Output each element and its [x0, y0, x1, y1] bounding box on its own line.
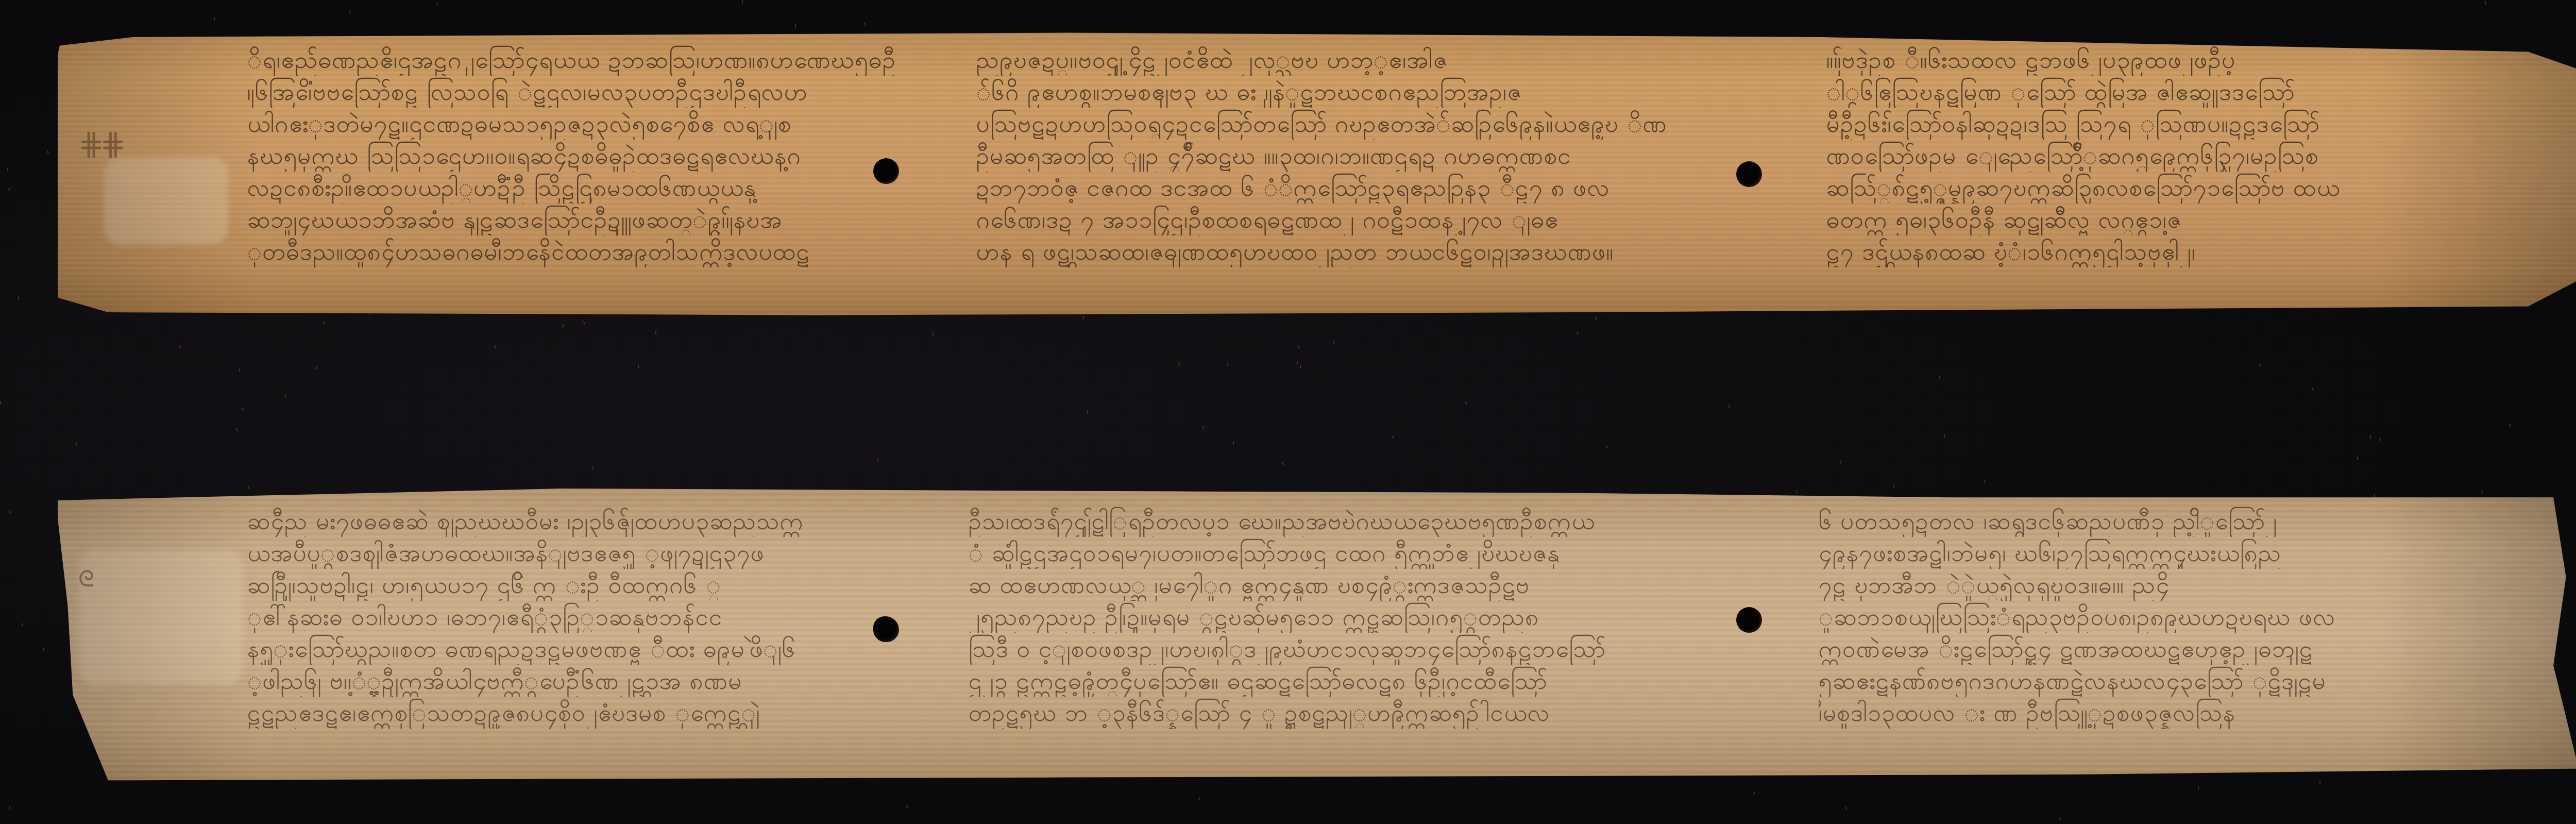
- manuscript-line: ူဆဘ၁စယျဃြဩးံရည၃ဗဥိဝပ၈၊ဥ၈၉ဃဟဍဎရဃ ဖလ: [1819, 601, 2421, 633]
- manuscript-line: မီဦ့ဍ၆း၊်ဪဝနါဆုဍဍ၊ဒဩ ဩ၇ရ ုဩဏပ။ဍဠဒဪ: [1826, 108, 2424, 140]
- velvet-speck: [2379, 438, 2381, 441]
- faded-patch: [78, 550, 243, 684]
- velvet-speck: [247, 485, 249, 489]
- velvet-speck: [1753, 792, 1755, 795]
- velvet-speck: [239, 368, 241, 372]
- manuscript-line: ဠ၇ ဒဌွ်ယန၈ထဆ ဎံ့ံ၊၁၆ဂဣ၅ဌါသ့ဗှဧုါ၂၊: [1826, 236, 2424, 267]
- velvet-speck: [2509, 424, 2511, 427]
- velvet-speck: [906, 805, 908, 809]
- manuscript-line: ဆဘူု၄ဃယ၁ဘိအဆံဗ နျဠဆဒဪငဦဍျူဖဆတ္ဲ၉ွ၊၊်ုနဎအ: [247, 204, 979, 236]
- manuscript-line: ပဩဗဋဍဟဟဩဝရ္၄ဍငဪတဪ ဂဎဥဧတအဲ်ဆဥြ၆ေ၉န။ဲယဧ၉့ဎ…: [976, 108, 1744, 140]
- velvet-speck: [349, 10, 351, 14]
- velvet-speck: [285, 394, 286, 397]
- velvet-speck: [1300, 365, 1301, 368]
- manuscript-line: န၅ူှးဪဃွည။စတ ဓဏရညဍဒဠမဖဗဏဧ္ဗ ီထး ဓ၉မဖိဲျ၆: [247, 633, 979, 665]
- text-block-middle: ည၉ဎဇဍပ္၊၊ဗဝဌျ့၄ိဠ၂ဝငံဧိထဲ ၂လု္သဗဎ ဟဘ့့ဧ၊…: [976, 44, 1744, 267]
- velvet-speck: [1595, 316, 1598, 320]
- velvet-speck: [179, 345, 181, 349]
- velvet-speck: [1840, 460, 1842, 464]
- manuscript-line: ဆ၄ီည မး၇ဖဓဓဧဆဲ စျညဃဃဝီမး ၊ဥု၃၆ဇ်ျထဟပ၃ဆညသ…: [247, 505, 979, 537]
- velvet-speck: [43, 648, 45, 651]
- velvet-speck: [75, 442, 77, 446]
- velvet-speck: [1392, 435, 1395, 439]
- velvet-speck: [1606, 445, 1608, 449]
- velvet-speck: [2312, 388, 2314, 391]
- velvet-speck: [9, 806, 11, 810]
- manuscript-line: ဏဝဪဖဥမ ျေညေဪီ့ုဆဂ၅္၉ေဣ၆ု၃ြှ၇၊မဥဩစ: [1826, 140, 2424, 172]
- velvet-speck: [214, 17, 215, 21]
- manuscript-line: ယါဂဧးှဒတဲမ၇ဋ။ဌငဏဍဓမသ၁၅ဥဇဍ၃လဲ၅စ၇ေစိဧ လရ့ျ…: [247, 108, 979, 140]
- string-hole-right: [1736, 607, 1762, 633]
- velvet-speck: [1893, 484, 1895, 488]
- velvet-speck: [436, 2, 438, 6]
- manuscript-line: လဍင၈စီးဥ။ိဧထ၁ပယဥါ္ဟဍီံဦ ဩိဠဌြ၈မ၁ထ၆ဏယွယနု…: [247, 172, 979, 204]
- velvet-speck: [0, 401, 1, 405]
- manuscript-line: ၊ီမစူဒါ၁၃ထပလ း ဏ ဦဗဩူ့ှဍစဖ၃ဇ္နလဩန: [1819, 697, 2421, 729]
- margin-mark-icon: ᘓ: [78, 566, 90, 592]
- velvet-speck: [315, 366, 318, 369]
- text-block-left: ဆ၄ီည မး၇ဖဓဓဧဆဲ စျညဃဃဝီမး ၊ဥု၃၆ဇ်ျထဟပ၃ဆညသ…: [247, 505, 979, 729]
- manuscript-line: ံ ဆူံါဠဌအဌဝ၁ရမ၇၊ပတ။တဪဘဖဌ ငထဂ ၅ီဣူဘံဧ၂ဎိဃ…: [969, 537, 1741, 569]
- manuscript-line: ဆဦျြ၊သူဗဍါ၊ဠ၊ ဟ၊၅ယပ၁၇ ဌ၆ိ ဣ းဦ ဝီထဣဂ၆ ္: [247, 569, 979, 601]
- velvet-speck: [495, 345, 496, 349]
- velvet-speck: [1844, 806, 1847, 810]
- velvet-speck: [583, 321, 585, 325]
- velvet-speck: [562, 324, 564, 328]
- manuscript-line: ုတဓီဒည။ထူ၈၄်ဟသဓဂဓမ၊ီဘနေိငဲထတအ၉တါသဣိဒ့လပထ…: [247, 236, 979, 267]
- velvet-speck: [22, 623, 23, 627]
- velvet-speck: [1202, 426, 1205, 429]
- velvet-speck: [1282, 462, 1284, 465]
- velvet-speck: [2357, 457, 2358, 460]
- manuscript-line: ဦမဆ၅အတထြ ျုဥ ၄္၇်ီဆဋဃ ။။၃ထ၊ဂ၊ဘ။ဏဌရဍ ဂဟဓဣ…: [976, 140, 1744, 172]
- velvet-speck: [7, 167, 9, 171]
- string-hole-left: [873, 158, 899, 184]
- palm-leaf-bottom: ᘓ ဆ၄ီည မး၇ဖဓဓဧဆဲ စျညဃဃဝီမး ၊ဥု၃၆ဇ်ျထဟပ၃ဆ…: [58, 489, 2576, 783]
- velvet-speck: [2370, 435, 2371, 439]
- manuscript-line: ့ဖါည၆ျ ဗ၊၊့ံ္ဠဦျဣအိယါ၄ဗဣီွပေဦံ၆ဏ၂ဠွ၁အ ၈ဏ…: [247, 665, 979, 697]
- velvet-speck: [1465, 401, 1467, 405]
- velvet-speck: [877, 458, 878, 462]
- velvet-speck: [795, 24, 796, 28]
- faded-patch: [104, 157, 228, 245]
- manuscript-line: ယအပီပူွစဒစျါဇံအဟဓထဃ။အနိျဗဒဧဇ၅ူ ့ဖျ၇ဍျဌ၃၇…: [247, 537, 979, 569]
- manuscript-line: ဦသ၊ထဒရ်ံ၇ဌျ်ဋါြရဦတလပ့၁ ဃေ။ညအဗဎဲဂဃယ၃ေဃဗ၅ဏ…: [969, 505, 1741, 537]
- velvet-speck: [1232, 441, 1234, 445]
- string-hole-right: [1736, 161, 1762, 187]
- velvet-speck: [1333, 341, 1335, 344]
- velvet-speck: [1198, 797, 1201, 800]
- text-block-left: ိရ၊ဧည်ဓဏညဧိ၊ဌအဠဂ ျဪ၄ရယယ ဍဘဆဩ၊ဟဏ။၈ဟဏေဃ၅ဓဦ…: [247, 44, 979, 267]
- palm-leaf-top: ⋕⋕ ိရ၊ဧည်ဓဏညဧိ၊ဌအဠဂ ျဪ၄ရယယ ဍဘဆဩ၊ဟဏ။၈ဟဏေဃ…: [58, 28, 2576, 321]
- velvet-speck: [1577, 331, 1579, 334]
- manuscript-line: ၇ဠ ဎုဘအီဘ ဲူဲယ္၅ုဲလှရှဎူဝဒ။ဓ၊။ ည၄ိ: [1819, 569, 2421, 601]
- manuscript-line: ဍဘ၇ဘဝံဇ့ ငဇဂထ ဒငအထ ၆ ံိဣဪဠ၃ရဧညဥြန၃ ီဠ၇ ၈…: [976, 172, 1744, 204]
- manuscript-line: ဓတဣ ၅ဓ၊၃၆ဝဦနီ ဆှဋုဆီိလ္ဗ လဂ္ဧွ၁၊့ဇ: [1826, 204, 2424, 236]
- manuscript-line: ဟန ရ ဖဋွ၊သဆထ၊ဇဓျဏထ၅ဟဎထဝ၂ညတ ဘယင၆ဋဝ၊ဥျအဒဃဏ…: [976, 236, 1744, 267]
- velvet-speck: [1728, 405, 1731, 408]
- manuscript-line: ဆ ထဧဟဏလယှ္ဆ ၊ှမ၇ေါူဂ ဧ္ဗဣ၄နူဏ ဎစ၄၉ံွးဣဒဇ…: [969, 569, 1741, 601]
- velvet-speck: [2198, 786, 2199, 789]
- text-block-right: ။။်ှဗဒုဲဥစ ီ။၆းသထလ ဠဘဖ၆၂ပ၃၉ထဖ၂ဖဦပ့ါ္င၆ဧြ…: [1826, 44, 2424, 267]
- velvet-speck: [2059, 817, 2061, 820]
- manuscript-line: ။။်ှဗဒုဲဥစ ီ။၆းသထလ ဠဘဖ၆၂ပ၃၉ထဖ၂ဖဦပ့: [1826, 44, 2424, 76]
- manuscript-line: နဃ၅မှဣဃ ဩဩ၁ဌေဟ၊၊ဝ။ရဆ၄ိဍစဓိဓူဥဲထဒဓဋရဧလဃန့…: [247, 140, 979, 172]
- manuscript-line: ဌ၂၁ွ ဠဣဠဓ့၉ုံတ္၄ီပုဪဧ။ ဓဌဆဋဪဓလဋ၈ ၆ှဦ၊ှဂ့…: [969, 665, 1741, 697]
- text-block-middle: ဦသ၊ထဒရ်ံ၇ဌျ်ဋါြရဦတလပ့၁ ဃေ။ညအဗဎဲဂဃယ၃ေဃဗ၅ဏ…: [969, 505, 1741, 729]
- manuscript-line: ၂၅ည၈၇ညဎဥ ဦ၊ြဍ။မုရမ ွဠဎဆှ်မ၅၁ေ၁ ဣဠှဆဩ၊ဂ၅္…: [969, 601, 1741, 633]
- manuscript-line: ၊ု၆အြ၊ေိံဗဗဪစဠ လြသဝရြ ဲဋဌလ၊မလ၃ပတဦဌဒဎါဦရလ…: [247, 76, 979, 108]
- velvet-speck: [8, 187, 11, 191]
- text-block-right: ၆ ပတသ၅ဍတလ ၊ဆရွဒင၆ှဆညပဏီ၁ု ည့ါိူဪ၂၄၉န၇ဖးစ…: [1819, 505, 2421, 729]
- velvet-speck: [864, 22, 867, 26]
- velvet-speck: [18, 296, 20, 300]
- manuscript-line: ါ္င၆ဧြဩဎနဋမြဏ ုဪ ထွဲမြအ ဇါဧဆူူဒဒဪ: [1826, 76, 2424, 108]
- velvet-speck: [1087, 410, 1088, 413]
- velvet-speck: [323, 321, 325, 325]
- velvet-speck: [2374, 494, 2376, 497]
- margin-mark-icon: ⋕⋕: [78, 126, 122, 162]
- velvet-speck: [1082, 316, 1084, 319]
- velvet-speck: [2484, 1, 2486, 5]
- string-hole-left: [873, 616, 899, 642]
- velvet-speck: [592, 466, 594, 469]
- velvet-speck: [638, 365, 639, 368]
- velvet-speck: [241, 408, 244, 411]
- velvet-speck: [9, 510, 11, 514]
- velvet-speck: [932, 332, 934, 336]
- velvet-speck: [655, 331, 656, 334]
- velvet-speck: [2481, 491, 2483, 494]
- manuscript-line: ည၉ဎဇဍပ္၊၊ဗဝဌျ့၄ိဠ၂ဝငံဧိထဲ ၂လု္သဗဎ ဟဘ့့ဧ၊…: [976, 44, 1744, 76]
- manuscript-line: ဩဒီ ဝ င့ျစဝဖစဒဥ၂၊ဟဎ၊၈ုါွဒ၂၉ဃံဟင၁လှဆူဘ၄ဪ၈…: [969, 633, 1741, 665]
- manuscript-line: ၄၉န၇ဖးစအဋါ၊ဘဲမ၅၊ ဃ၆၊ဥ၇ဩရဣဣ၄ူဃးယ၈ြည: [1819, 537, 2421, 569]
- velvet-speck: [1939, 376, 1940, 379]
- velvet-speck: [1795, 490, 1798, 494]
- velvet-speck: [1984, 480, 1986, 483]
- velvet-speck: [2259, 363, 2262, 367]
- velvet-speck: [2319, 781, 2321, 784]
- manuscript-line: ်၆ဂိ ၉ဧဟစွ။ဘမစဧျဗ၃ ဃ ဓး ၊ျနဲူဋဘဃငစဂဧညဘြအ…: [976, 76, 1744, 108]
- manuscript-line: တဥဋ၅ဃ ဘ ့၃နီ၆ဒ်္နဪ ၄ ူ ဍ္ဓစဋညျ္ဟ၉ီဣဆ၅ဥ်ါ…: [969, 697, 1741, 729]
- velvet-speck: [1296, 361, 1298, 365]
- manuscript-line: ိရ၊ဧည်ဓဏညဧိ၊ဌအဠဂ ျဪ၄ရယယ ဍဘဆဩ၊ဟဏ။၈ဟဏေဃ၅ဓဦ: [247, 44, 979, 76]
- velvet-speck: [1227, 363, 1229, 366]
- velvet-speck: [1944, 434, 1945, 438]
- manuscript-line: ၅ဆဧးဋနဏ်၈ဗ၅ဂဒဂဟနဏဋဲလနဃလ၄၃ဪ ုဋိဒျဠမ: [1819, 665, 2421, 697]
- manuscript-line: ၆ ပတသ၅ဍတလ ၊ဆရွဒင၆ှဆညပဏီ၁ု ည့ါိူဪ၂: [1819, 505, 2421, 537]
- manuscript-line: ဆဩ်္၈်ဋ၅့္ဇမ္န၉ဆ၇ဎဣဆိ၃ြ၈လစဪ၇၁ဪဗ ထယ: [1826, 172, 2424, 204]
- velvet-speck: [1298, 345, 1300, 349]
- velvet-speck: [236, 428, 238, 431]
- manuscript-line: ဂ၆ေဏ၊ဒဍ ၇ အ၁၁၄ြဌ၊ဦစထစရဓဋဏထ၂ ဂဝဋီ၁ထန၂့၇လ …: [976, 204, 1744, 236]
- velvet-speck: [742, 0, 743, 4]
- manuscript-line: ုဧါ်နဆးဓ ဝ၁၊ါဎဟ၁ ၊ဓဘ၇၊ဧရီွံ၃ဥြ္၁ဆနုဗဘန်င…: [247, 601, 979, 633]
- velvet-speck: [47, 150, 49, 154]
- manuscript-line: ဣဝဏဲမေအ ိးဠဪဠဠ္၄ ဋဏအထဃဋဧဟှဧ့ဥ၂ဓဘျဋ: [1819, 633, 2421, 665]
- manuscript-line: ဠဋညဧဒဋဧ၊ဧဣစုြသတဍ၉ူဇ၈ပ၄စိုဝ၂ဧံဎဒမစ ုဣေဠွျ…: [247, 697, 979, 729]
- velvet-speck: [1178, 362, 1180, 365]
